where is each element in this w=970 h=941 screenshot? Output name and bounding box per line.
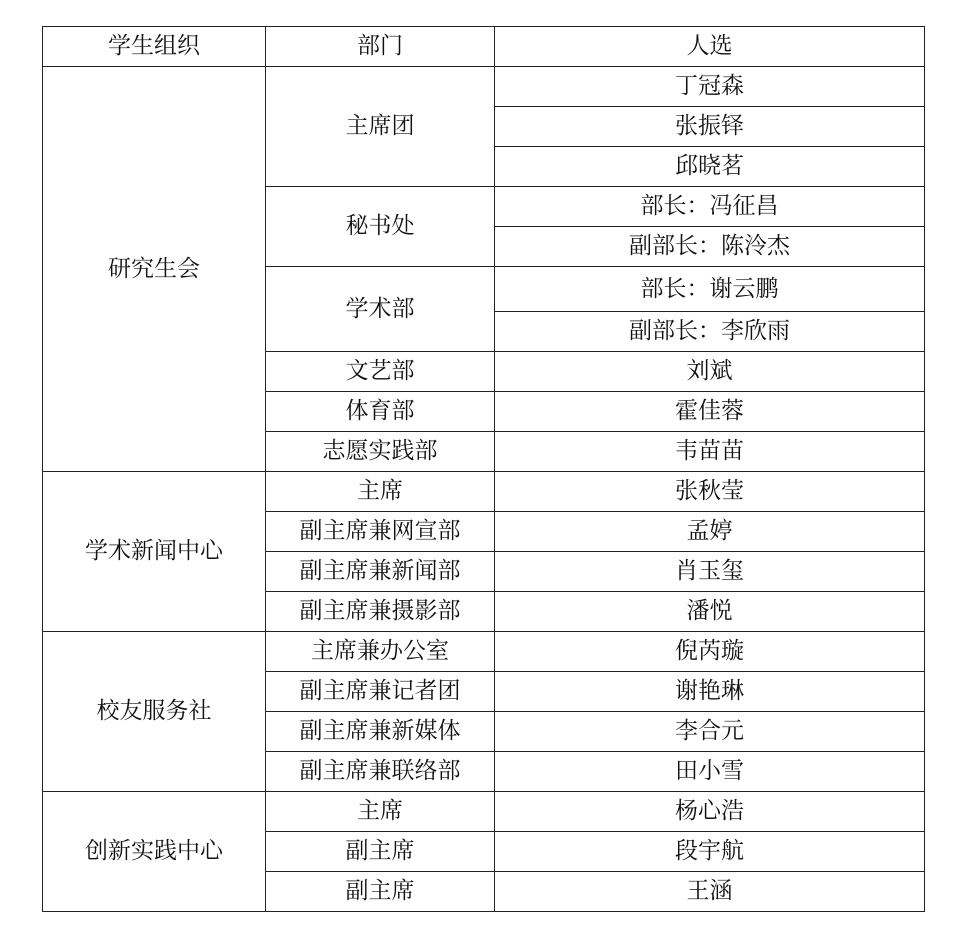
person-cell: 副部长：李欣雨 bbox=[495, 312, 925, 352]
table-row: 校友服务社 主席兼办公室 倪芮璇 bbox=[43, 632, 925, 672]
dept-cell: 副主席 bbox=[266, 872, 495, 912]
dept-cell: 副主席兼摄影部 bbox=[266, 592, 495, 632]
dept-cell: 主席 bbox=[266, 472, 495, 512]
dept-cell: 秘书处 bbox=[266, 187, 495, 267]
header-dept: 部门 bbox=[266, 27, 495, 67]
org-cell: 学术新闻中心 bbox=[43, 472, 266, 632]
person-cell: 谢艳琳 bbox=[495, 672, 925, 712]
person-cell: 潘悦 bbox=[495, 592, 925, 632]
dept-cell: 副主席兼网宣部 bbox=[266, 512, 495, 552]
dept-cell: 主席兼办公室 bbox=[266, 632, 495, 672]
person-cell: 副部长：陈泠杰 bbox=[495, 227, 925, 267]
student-organization-table: 学生组织 部门 人选 研究生会 主席团 丁冠森 张振铎 邱晓茗 秘书处 部长：冯… bbox=[42, 26, 925, 912]
person-cell: 霍佳蓉 bbox=[495, 392, 925, 432]
person-cell: 张振铎 bbox=[495, 107, 925, 147]
person-cell: 肖玉玺 bbox=[495, 552, 925, 592]
table-row: 学术新闻中心 主席 张秋莹 bbox=[43, 472, 925, 512]
dept-cell: 志愿实践部 bbox=[266, 432, 495, 472]
dept-cell: 学术部 bbox=[266, 267, 495, 352]
table-row: 研究生会 主席团 丁冠森 bbox=[43, 67, 925, 107]
dept-cell: 主席 bbox=[266, 792, 495, 832]
dept-cell: 副主席兼记者团 bbox=[266, 672, 495, 712]
person-cell: 田小雪 bbox=[495, 752, 925, 792]
person-cell: 刘斌 bbox=[495, 352, 925, 392]
person-cell: 段宇航 bbox=[495, 832, 925, 872]
person-cell: 杨心浩 bbox=[495, 792, 925, 832]
dept-cell: 体育部 bbox=[266, 392, 495, 432]
person-cell: 孟婷 bbox=[495, 512, 925, 552]
person-cell: 部长：冯征昌 bbox=[495, 187, 925, 227]
dept-cell: 文艺部 bbox=[266, 352, 495, 392]
dept-cell: 副主席兼新媒体 bbox=[266, 712, 495, 752]
header-row: 学生组织 部门 人选 bbox=[43, 27, 925, 67]
header-org: 学生组织 bbox=[43, 27, 266, 67]
dept-cell: 副主席兼新闻部 bbox=[266, 552, 495, 592]
header-person: 人选 bbox=[495, 27, 925, 67]
person-cell: 邱晓茗 bbox=[495, 147, 925, 187]
dept-cell: 副主席 bbox=[266, 832, 495, 872]
org-cell: 校友服务社 bbox=[43, 632, 266, 792]
person-cell: 李合元 bbox=[495, 712, 925, 752]
person-cell: 王涵 bbox=[495, 872, 925, 912]
person-cell: 部长：谢云鹏 bbox=[495, 267, 925, 312]
person-cell: 倪芮璇 bbox=[495, 632, 925, 672]
table-row: 创新实践中心 主席 杨心浩 bbox=[43, 792, 925, 832]
person-cell: 张秋莹 bbox=[495, 472, 925, 512]
org-cell: 研究生会 bbox=[43, 67, 266, 472]
dept-cell: 副主席兼联络部 bbox=[266, 752, 495, 792]
person-cell: 丁冠森 bbox=[495, 67, 925, 107]
org-cell: 创新实践中心 bbox=[43, 792, 266, 912]
person-cell: 韦苗苗 bbox=[495, 432, 925, 472]
dept-cell: 主席团 bbox=[266, 67, 495, 187]
